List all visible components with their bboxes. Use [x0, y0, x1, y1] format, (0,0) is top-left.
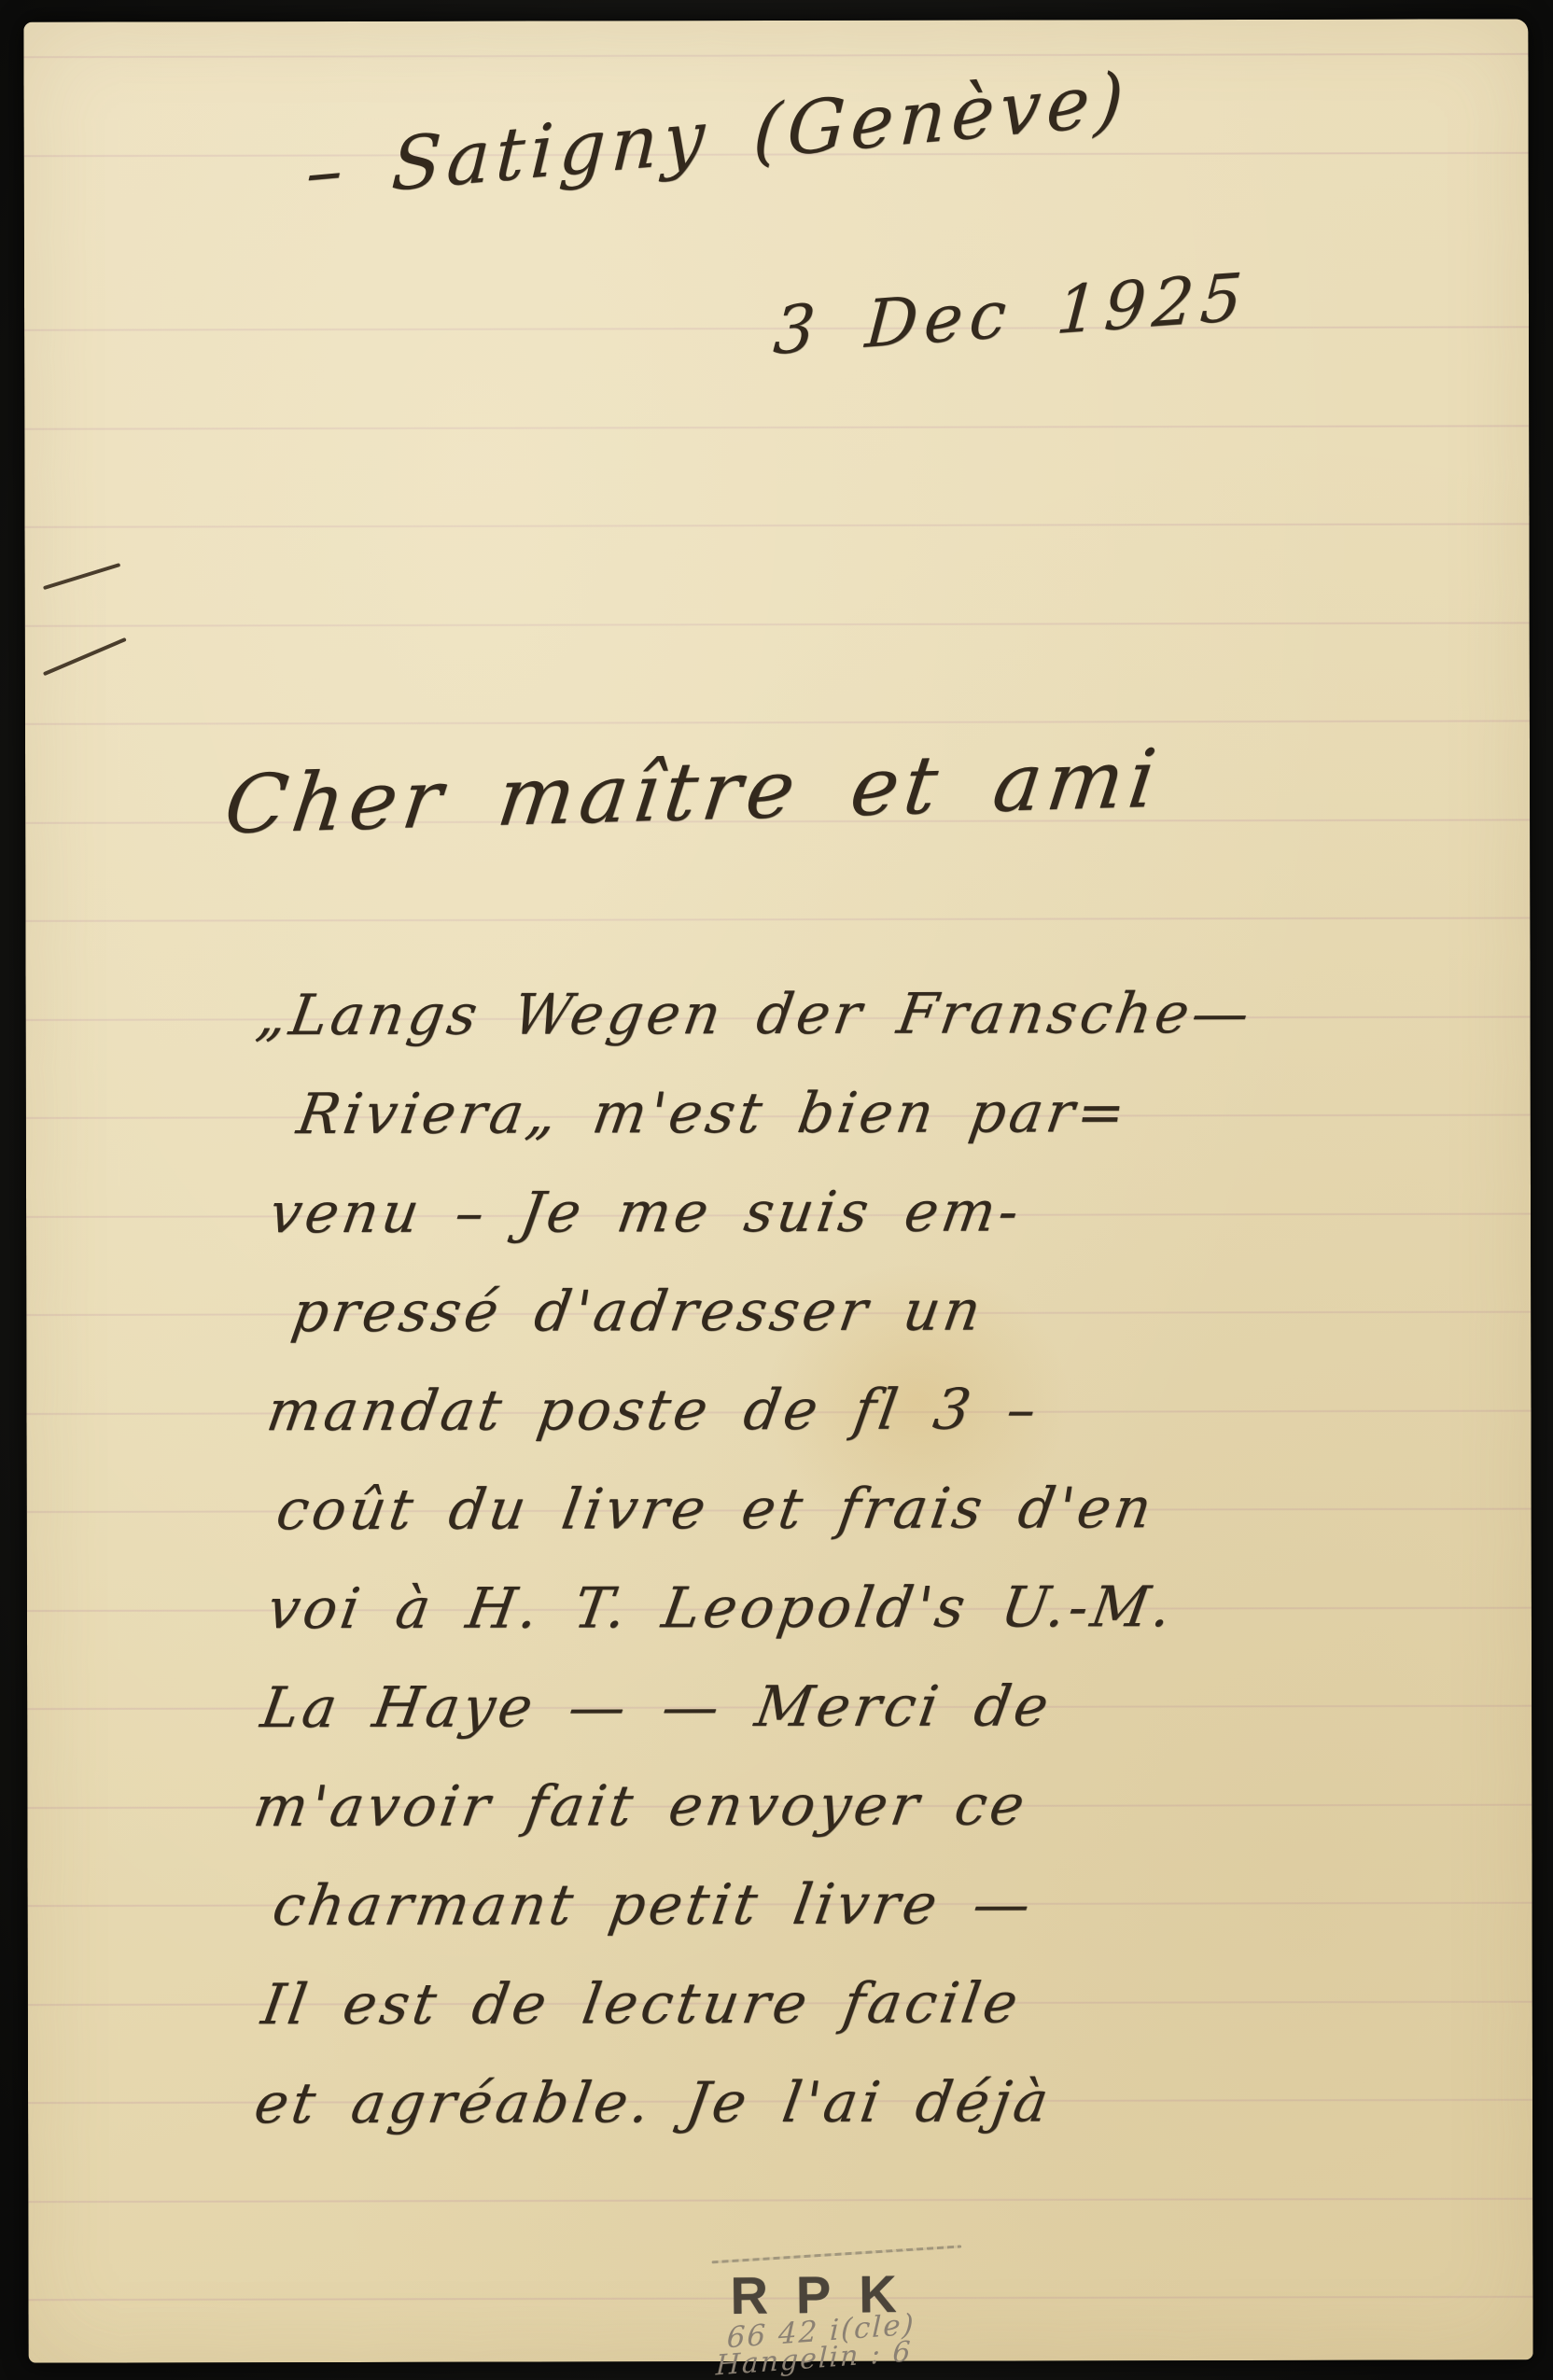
body-line: pressé d'adresser un [285, 1260, 1540, 1362]
body-line: m'avoir fait envoyer ce [246, 1755, 1541, 1856]
body-line: voi à H. T. Leopold's U.-M. [260, 1557, 1541, 1659]
letter-body: „Langs Wegen der Fransche— Riviera„ m'es… [245, 963, 1526, 2153]
body-line: coût du livre et frais d'en [270, 1458, 1541, 1560]
pencil-strike-mark [712, 2245, 962, 2263]
body-line: Riviera„ m'est bien par= [290, 1062, 1540, 1164]
stray-ink-mark [43, 637, 127, 676]
salutation-line: Cher maître et ami [219, 733, 1166, 853]
stray-ink-mark [43, 563, 120, 590]
place-line: – Satigny (Genève) [304, 57, 1131, 216]
date-line: 3 Dec 1925 [771, 259, 1251, 370]
body-line: Il est de lecture facile [255, 1953, 1542, 2054]
letter-page: – Satigny (Genève) 3 Dec 1925 Cher maîtr… [23, 19, 1532, 2362]
body-line: „Langs Wegen der Fransche— [250, 963, 1540, 1065]
photo-background: – Satigny (Genève) 3 Dec 1925 Cher maîtr… [0, 0, 1553, 2380]
body-line: venu – Je me suis em- [262, 1161, 1540, 1263]
body-line: et agréable. Je l'ai déjà [247, 2051, 1542, 2153]
body-line: La Haye — — Merci de [254, 1656, 1541, 1757]
body-line: mandat poste de fl 3 – [260, 1359, 1541, 1461]
body-line: charmant petit livre — [266, 1854, 1542, 1955]
